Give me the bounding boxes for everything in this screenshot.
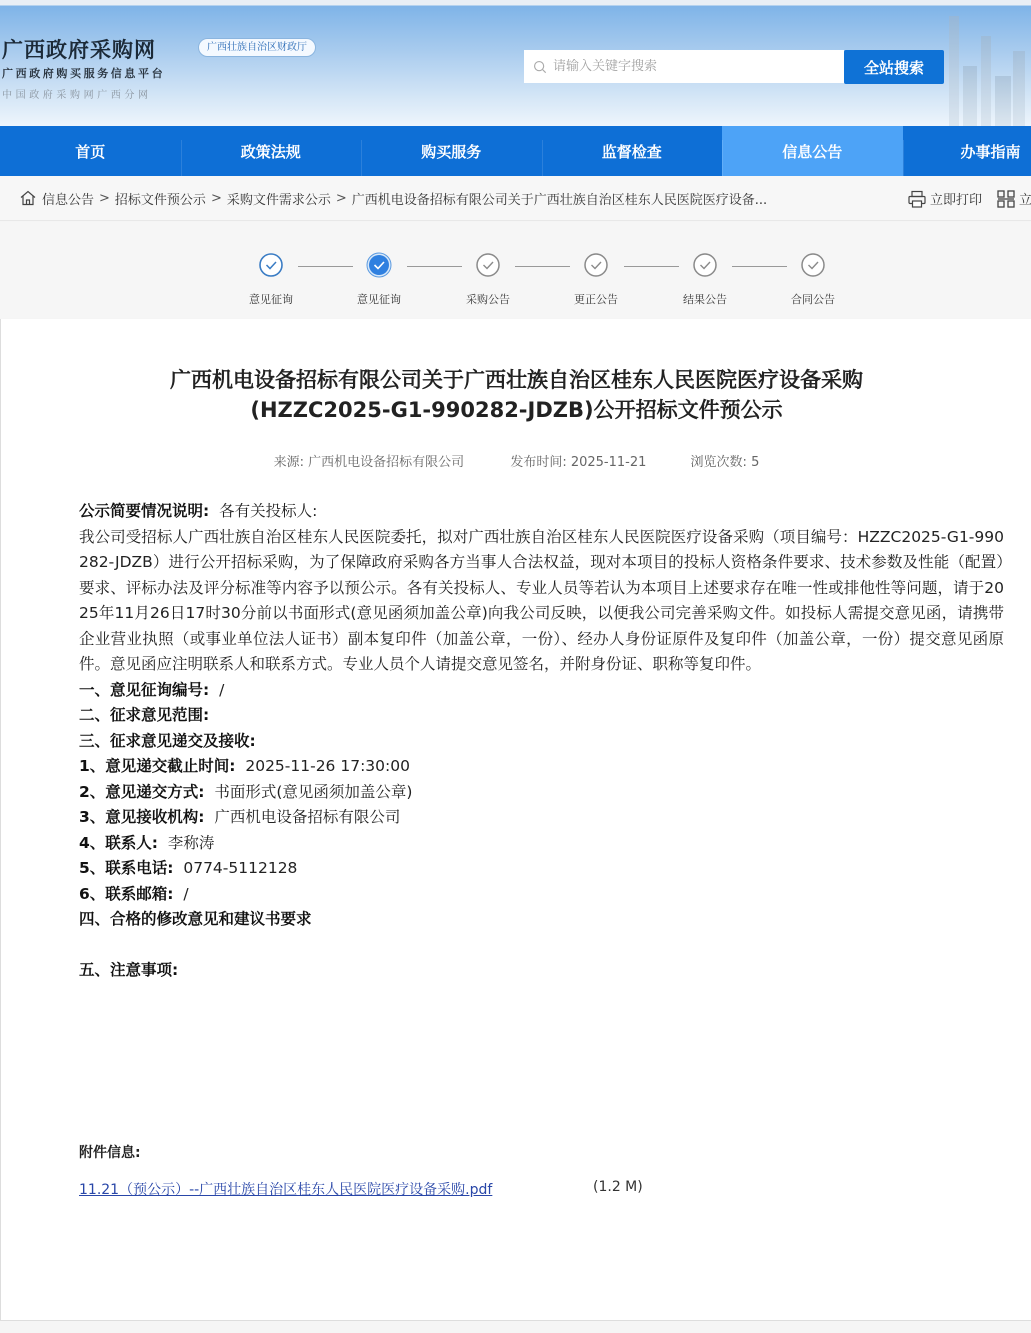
process-steps: 意见征询 意见征询 采购公告 更正公告 结果公告 合同公告: [0, 222, 1031, 318]
attachments-heading: 附件信息:: [79, 1142, 141, 1162]
article-title-line-1: 广西机电设备招标有限公司关于广西壮族自治区桂东人民医院医疗设备采购: [1, 365, 1031, 395]
section-requirements: 四、合格的修改意见和建议书要求: [79, 907, 1004, 933]
article-body: 公示简要情况说明: 各有关投标人: 我公司受招标人广西壮族自治区桂东人民医院委托…: [79, 499, 1004, 983]
breadcrumb-separator: >: [336, 191, 347, 206]
breadcrumb-bar: 信息公告 > 招标文件预公示 > 采购文件需求公示 > 广西机电设备招标有限公司…: [0, 176, 1031, 221]
section-notes: 五、注意事项:: [79, 958, 1004, 984]
step-label: 结果公告: [670, 291, 740, 307]
site-header: 广西政府采购网 广西壮族自治区财政厅 广西政府购买服务信息平台 中国政府采购网广…: [0, 0, 1031, 126]
article-title-line-2: (HZZC2025-G1-990282-JDZB)公开招标文件预公示: [1, 395, 1031, 425]
article-views: 浏览次数: 5: [691, 455, 760, 470]
site-logo-title[interactable]: 广西政府采购网: [2, 34, 156, 64]
site-subtitle-secondary: 中国政府采购网广西分网: [2, 86, 152, 101]
step-contract-notice[interactable]: 合同公告: [778, 252, 848, 307]
nav-item-policies[interactable]: 政策法规: [181, 126, 362, 176]
section-contact-person: 4、联系人: 李称涛: [79, 831, 1004, 857]
department-badge: 广西壮族自治区财政厅: [198, 38, 316, 57]
step-correction-notice[interactable]: 更正公告: [561, 252, 631, 307]
step-label: 意见征询: [344, 291, 414, 307]
section-submission: 三、征求意见递交及接收:: [79, 729, 1004, 755]
breadcrumb-separator: >: [211, 191, 222, 206]
section-receiver: 3、意见接收机构: 广西机电设备招标有限公司: [79, 805, 1004, 831]
search-box: [524, 50, 844, 83]
site-subtitle: 广西政府购买服务信息平台: [2, 65, 165, 81]
nav-item-purchase-services[interactable]: 购买服务: [361, 126, 542, 176]
article-meta: 来源: 广西机电设备招标有限公司 发布时间: 2025-11-21 浏览次数: …: [1, 451, 1031, 470]
home-icon[interactable]: [19, 189, 37, 207]
page-tools: 立即打印 立即: [907, 176, 1031, 221]
summary-text: 我公司受招标人广西壮族自治区桂东人民医院委托，拟对广西壮族自治区桂东人民医院医疗…: [79, 525, 1004, 678]
nav-item-announcements[interactable]: 信息公告: [722, 126, 903, 176]
breadcrumb-separator: >: [99, 191, 110, 206]
breadcrumb-item-current: 广西机电设备招标有限公司关于广西壮族自治区桂东人民医院医疗设备...: [352, 189, 767, 208]
article-source: 来源: 广西机电设备招标有限公司: [274, 455, 465, 470]
step-label: 意见征询: [236, 291, 306, 307]
article-title: 广西机电设备招标有限公司关于广西壮族自治区桂东人民医院医疗设备采购 (HZZC2…: [1, 365, 1031, 425]
step-label: 更正公告: [561, 291, 631, 307]
check-circle-icon: [692, 252, 718, 278]
print-button[interactable]: 立即打印: [907, 189, 982, 209]
site-search-button[interactable]: 全站搜索: [844, 50, 944, 84]
section-deadline: 1、意见递交截止时间: 2025-11-26 17:30:00: [79, 754, 1004, 780]
attachment-size: (1.2 M): [593, 1179, 643, 1195]
check-circle-icon: [258, 252, 284, 278]
section-contact-email: 6、联系邮箱: /: [79, 882, 1004, 908]
section-consultation-number: 一、意见征询编号: /: [79, 678, 1004, 704]
nav-item-home[interactable]: 首页: [0, 126, 181, 176]
breadcrumb-item-requirement-notice[interactable]: 采购文件需求公示: [227, 189, 331, 208]
print-label: 立即打印: [930, 189, 982, 208]
breadcrumb-item-tender-preview[interactable]: 招标文件预公示: [115, 189, 206, 208]
city-skyline-decoration: [941, 6, 1031, 126]
summary-heading: 公示简要情况说明: 各有关投标人:: [79, 499, 1004, 525]
breadcrumb-item-announcements[interactable]: 信息公告: [42, 189, 94, 208]
main-nav: 首页 政策法规 购买服务 监督检查 信息公告 办事指南: [0, 126, 1031, 176]
check-circle-icon: [475, 252, 501, 278]
attachment-link[interactable]: 11.21（预公示）--广西壮族自治区桂东人民医院医疗设备采购.pdf: [79, 1179, 492, 1199]
search-icon: [533, 60, 547, 74]
section-contact-phone: 5、联系电话: 0774-5112128: [79, 856, 1004, 882]
check-circle-icon: [800, 252, 826, 278]
nav-item-guide[interactable]: 办事指南: [903, 126, 1031, 176]
breadcrumb: 信息公告 > 招标文件预公示 > 采购文件需求公示 > 广西机电设备招标有限公司…: [0, 189, 767, 208]
printer-icon: [907, 189, 927, 209]
step-consultation-2[interactable]: 意见征询: [344, 252, 414, 307]
step-label: 合同公告: [778, 291, 848, 307]
check-circle-filled-icon: [366, 252, 392, 278]
section-scope: 二、征求意见范围:: [79, 703, 1004, 729]
check-circle-icon: [583, 252, 609, 278]
step-result-notice[interactable]: 结果公告: [670, 252, 740, 307]
step-purchase-notice[interactable]: 采购公告: [453, 252, 523, 307]
qrcode-button[interactable]: 立即: [996, 189, 1031, 209]
article-date: 发布时间: 2025-11-21: [510, 455, 646, 470]
step-consultation-1[interactable]: 意见征询: [236, 252, 306, 307]
nav-item-supervision[interactable]: 监督检查: [542, 126, 723, 176]
article-panel: 广西机电设备招标有限公司关于广西壮族自治区桂东人民医院医疗设备采购 (HZZC2…: [0, 319, 1031, 1321]
search-input[interactable]: [553, 59, 833, 74]
qrcode-label: 立即: [1019, 189, 1031, 208]
qrcode-icon: [996, 189, 1016, 209]
section-method: 2、意见递交方式: 书面形式(意见函须加盖公章): [79, 780, 1004, 806]
step-label: 采购公告: [453, 291, 523, 307]
